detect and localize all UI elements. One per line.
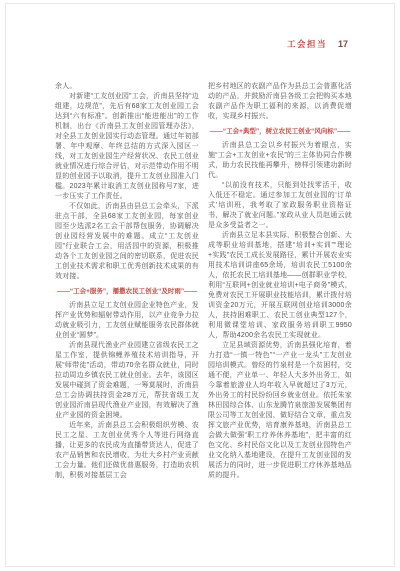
paragraph: 沂南县现代渔业产业园建立省级农民工之星工作室，提供锦鲤养殖技术培训指导，开展“师… <box>55 341 199 421</box>
section-heading-model: ——“工会+典型”，树立农民工创业“风向标”—— <box>208 127 352 137</box>
paragraph: 近年来，沂南县总工会积极组织劳模、农民工之星、工友创业优秀个人等进行网络直播，让… <box>55 421 199 481</box>
page-header: 工会担当 17 <box>287 38 348 50</box>
paragraph: 不仅如此，沂南县由县总工会牵头，下派驻点干部，全县68家工友创业园，每家创业园至… <box>55 202 199 282</box>
section-label: 工会担当 <box>287 38 327 50</box>
continuation-paragraph: 余人。 <box>55 82 199 92</box>
magazine-page: 工会担当 17 余人。 对新建“工友创业园”工会，沂南县坚持“边组建，边规范”，… <box>0 0 400 571</box>
page-number: 17 <box>338 39 348 49</box>
paragraph: “以前没有技术，只能到处找零活干，收入低还不稳定。通过参加工友创业园的‘订单式’… <box>208 181 352 231</box>
left-column: 余人。 对新建“工友创业园”工会，沂南县坚持“边组建，边规范”，先后有68家工友… <box>55 82 199 481</box>
right-column: 把乡村地区的农副产品作为县总工会普惠化活动的产品，并鼓励沂南县各级工会把购买本地… <box>208 82 352 481</box>
paragraph: 沂南县立足工友创业园企业特色产业，发挥产业优势和辐射带动作用，以产业竞争力拉动就… <box>55 301 199 341</box>
paragraph: 沂南县总工会以乡村振兴为着眼点，实施“工会+工友创业+农民”的三主体协同合作模式… <box>208 141 352 181</box>
continuation-paragraph: 把乡村地区的农副产品作为县总工会普惠化活动的产品，并鼓励沂南县各级工会把购买本地… <box>208 82 352 122</box>
paragraph: 立足县域资源优势，沂南县强化培育，着力打造“一镇一特色”“一产业一龙头”工友创业… <box>208 341 352 481</box>
section-heading-service: ——“工会+服务”，播撒农民工创业“及时雨”—— <box>55 287 199 297</box>
article-body: 余人。 对新建“工友创业园”工会，沂南县坚持“边组建，边规范”，先后有68家工友… <box>55 82 352 481</box>
paragraph: 对新建“工友创业园”工会，沂南县坚持“边组建，边规范”，先后有68家工友创业园工… <box>55 92 199 202</box>
paragraph: 沂南县立足本县实际，积极整合创新、大成等职业培训基地，搭建“培训+实训”“理论+… <box>208 231 352 341</box>
